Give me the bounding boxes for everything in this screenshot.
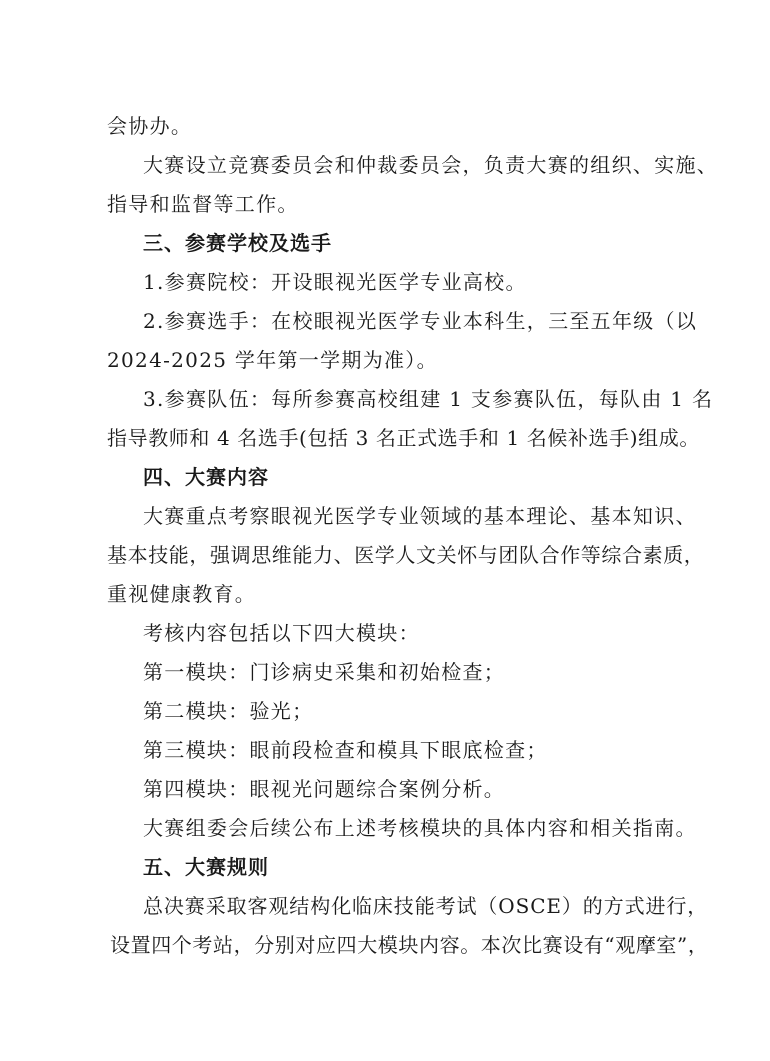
text-line: 2.参赛选手：在校眼视光医学专业本科生，三至五年级（以 [143, 309, 697, 333]
module-item-4: 第四模块：眼视光问题综合案例分析。 [143, 777, 505, 801]
text-line: 重视健康教育。 [107, 582, 256, 606]
section-heading-4: 四、大赛内容 [143, 465, 269, 489]
text-line: 考核内容包括以下四大模块： [143, 621, 420, 645]
document-page: 会协办。 大赛设立竞赛委员会和仲裁委员会，负责大赛的组织、实施、 指导和监督等工… [0, 0, 770, 1061]
module-item-2: 第二模块：验光； [143, 699, 313, 723]
module-item-3: 第三模块：眼前段检查和模具下眼底检查； [143, 738, 548, 762]
text-line: 3.参赛队伍：每所参赛高校组建 1 支参赛队伍，每队由 1 名 [143, 387, 713, 411]
text-line: 1.参赛院校：开设眼视光医学专业高校。 [143, 270, 527, 294]
text-line: 大赛设立竞赛委员会和仲裁委员会，负责大赛的组织、实施、 [143, 153, 718, 177]
text-line: 指导教师和 4 名选手(包括 3 名正式选手和 1 名候补选手)组成。 [107, 426, 700, 450]
text-line: 指导和监督等工作。 [107, 192, 299, 216]
text-line: 会协办。 [107, 114, 192, 138]
text-line: 大赛重点考察眼视光医学专业领域的基本理论、基本知识、 [143, 504, 697, 528]
text-line: 总决赛采取客观结构化临床技能考试（OSCE）的方式进行， [143, 894, 708, 918]
section-heading-5: 五、大赛规则 [143, 855, 269, 879]
text-line: 大赛组委会后续公布上述考核模块的具体内容和相关指南。 [143, 816, 697, 840]
module-item-1: 第一模块：门诊病史采集和初始检查； [143, 660, 505, 684]
text-line: 设置四个考站，分别对应四大模块内容。本次比赛设有“观摩室”， [110, 933, 708, 957]
section-heading-3: 三、参赛学校及选手 [143, 231, 332, 255]
text-line: 2024-2025 学年第一学期为准）。 [107, 348, 438, 372]
text-line: 基本技能，强调思维能力、医学人文关怀与团队合作等综合素质， [107, 543, 704, 567]
